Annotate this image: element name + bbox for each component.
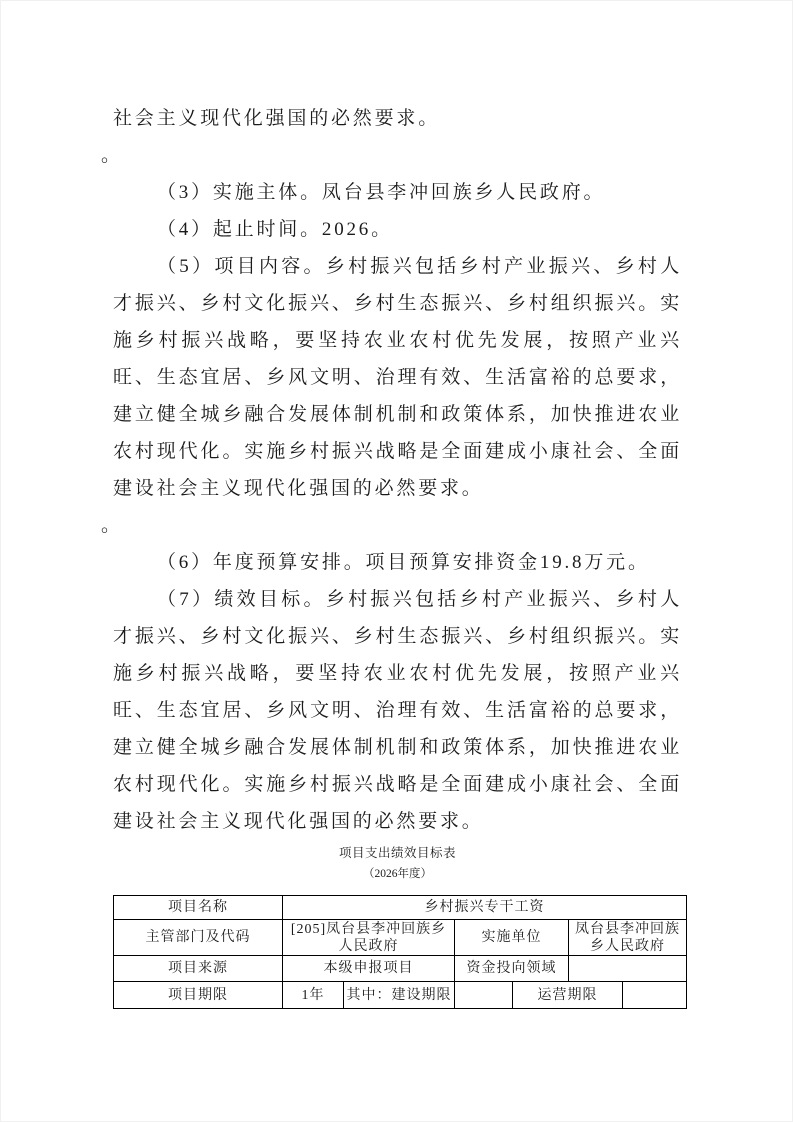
cell-fund-direction-label: 资金投向领域 [455,956,569,982]
paragraph-7-performance-goal: （7）绩效目标。乡村振兴包括乡村产业振兴、乡村人才振兴、乡村文化振兴、乡村生态振… [113,581,682,840]
table-title: 项目支出绩效目标表 [113,842,682,864]
cell-implementing-unit-value: 凤台县李冲回族乡人民政府 [569,920,686,956]
cell-department-code-value: [205]凤台县李冲回族乡人民政府 [283,920,455,956]
table-row: 项目来源 本级申报项目 资金投向领域 [114,956,686,982]
cell-construction-period-label: 其中：建设期限 [344,982,455,1008]
cell-department-code-label: 主管部门及代码 [114,920,283,956]
cell-project-source-value: 本级申报项目 [283,956,455,982]
paragraph-6-annual-budget: （6）年度预算安排。项目预算安排资金19.8万元。 [113,544,682,581]
table-row: 主管部门及代码 [205]凤台县李冲回族乡人民政府 实施单位 凤台县李冲回族乡人… [114,920,686,956]
paragraph-5-project-content: （5）项目内容。乡村振兴包括乡村产业振兴、乡村人才振兴、乡村文化振兴、乡村生态振… [113,248,682,507]
cell-implementing-unit-label: 实施单位 [455,920,569,956]
performance-target-table: 项目名称 乡村振兴专干工资 主管部门及代码 [205]凤台县李冲回族乡人民政府 … [113,895,687,1009]
cell-project-period-value: 1年 [283,982,344,1008]
cell-fund-direction-value [569,956,686,982]
cell-project-source-label: 项目来源 [114,956,283,982]
cell-project-name-label: 项目名称 [114,896,283,920]
cell-construction-period-value [455,982,513,1008]
paragraph-lone-period-2: 。 [101,507,682,544]
cell-project-period-label: 项目期限 [114,982,283,1008]
table-subtitle: （2026年度） [113,864,682,884]
document-page: 社会主义现代化强国的必然要求。 。 （3）实施主体。凤台县李冲回族乡人民政府。 … [0,0,793,1122]
paragraph-3-implementing-body: （3）实施主体。凤台县李冲回族乡人民政府。 [113,174,682,211]
paragraph-4-time-range: （4）起止时间。2026。 [113,211,682,248]
document-body: 社会主义现代化强国的必然要求。 。 （3）实施主体。凤台县李冲回族乡人民政府。 … [113,1,682,1009]
cell-operation-period-label: 运营期限 [513,982,623,1008]
table-row: 项目名称 乡村振兴专干工资 [114,896,686,920]
table-row: 项目期限 1年 其中：建设期限 运营期限 [114,982,686,1008]
cell-project-name-value: 乡村振兴专干工资 [283,896,686,920]
cell-operation-period-value [623,982,686,1008]
paragraph-lone-period-1: 。 [101,137,682,174]
paragraph-continuation: 社会主义现代化强国的必然要求。 [113,100,682,137]
